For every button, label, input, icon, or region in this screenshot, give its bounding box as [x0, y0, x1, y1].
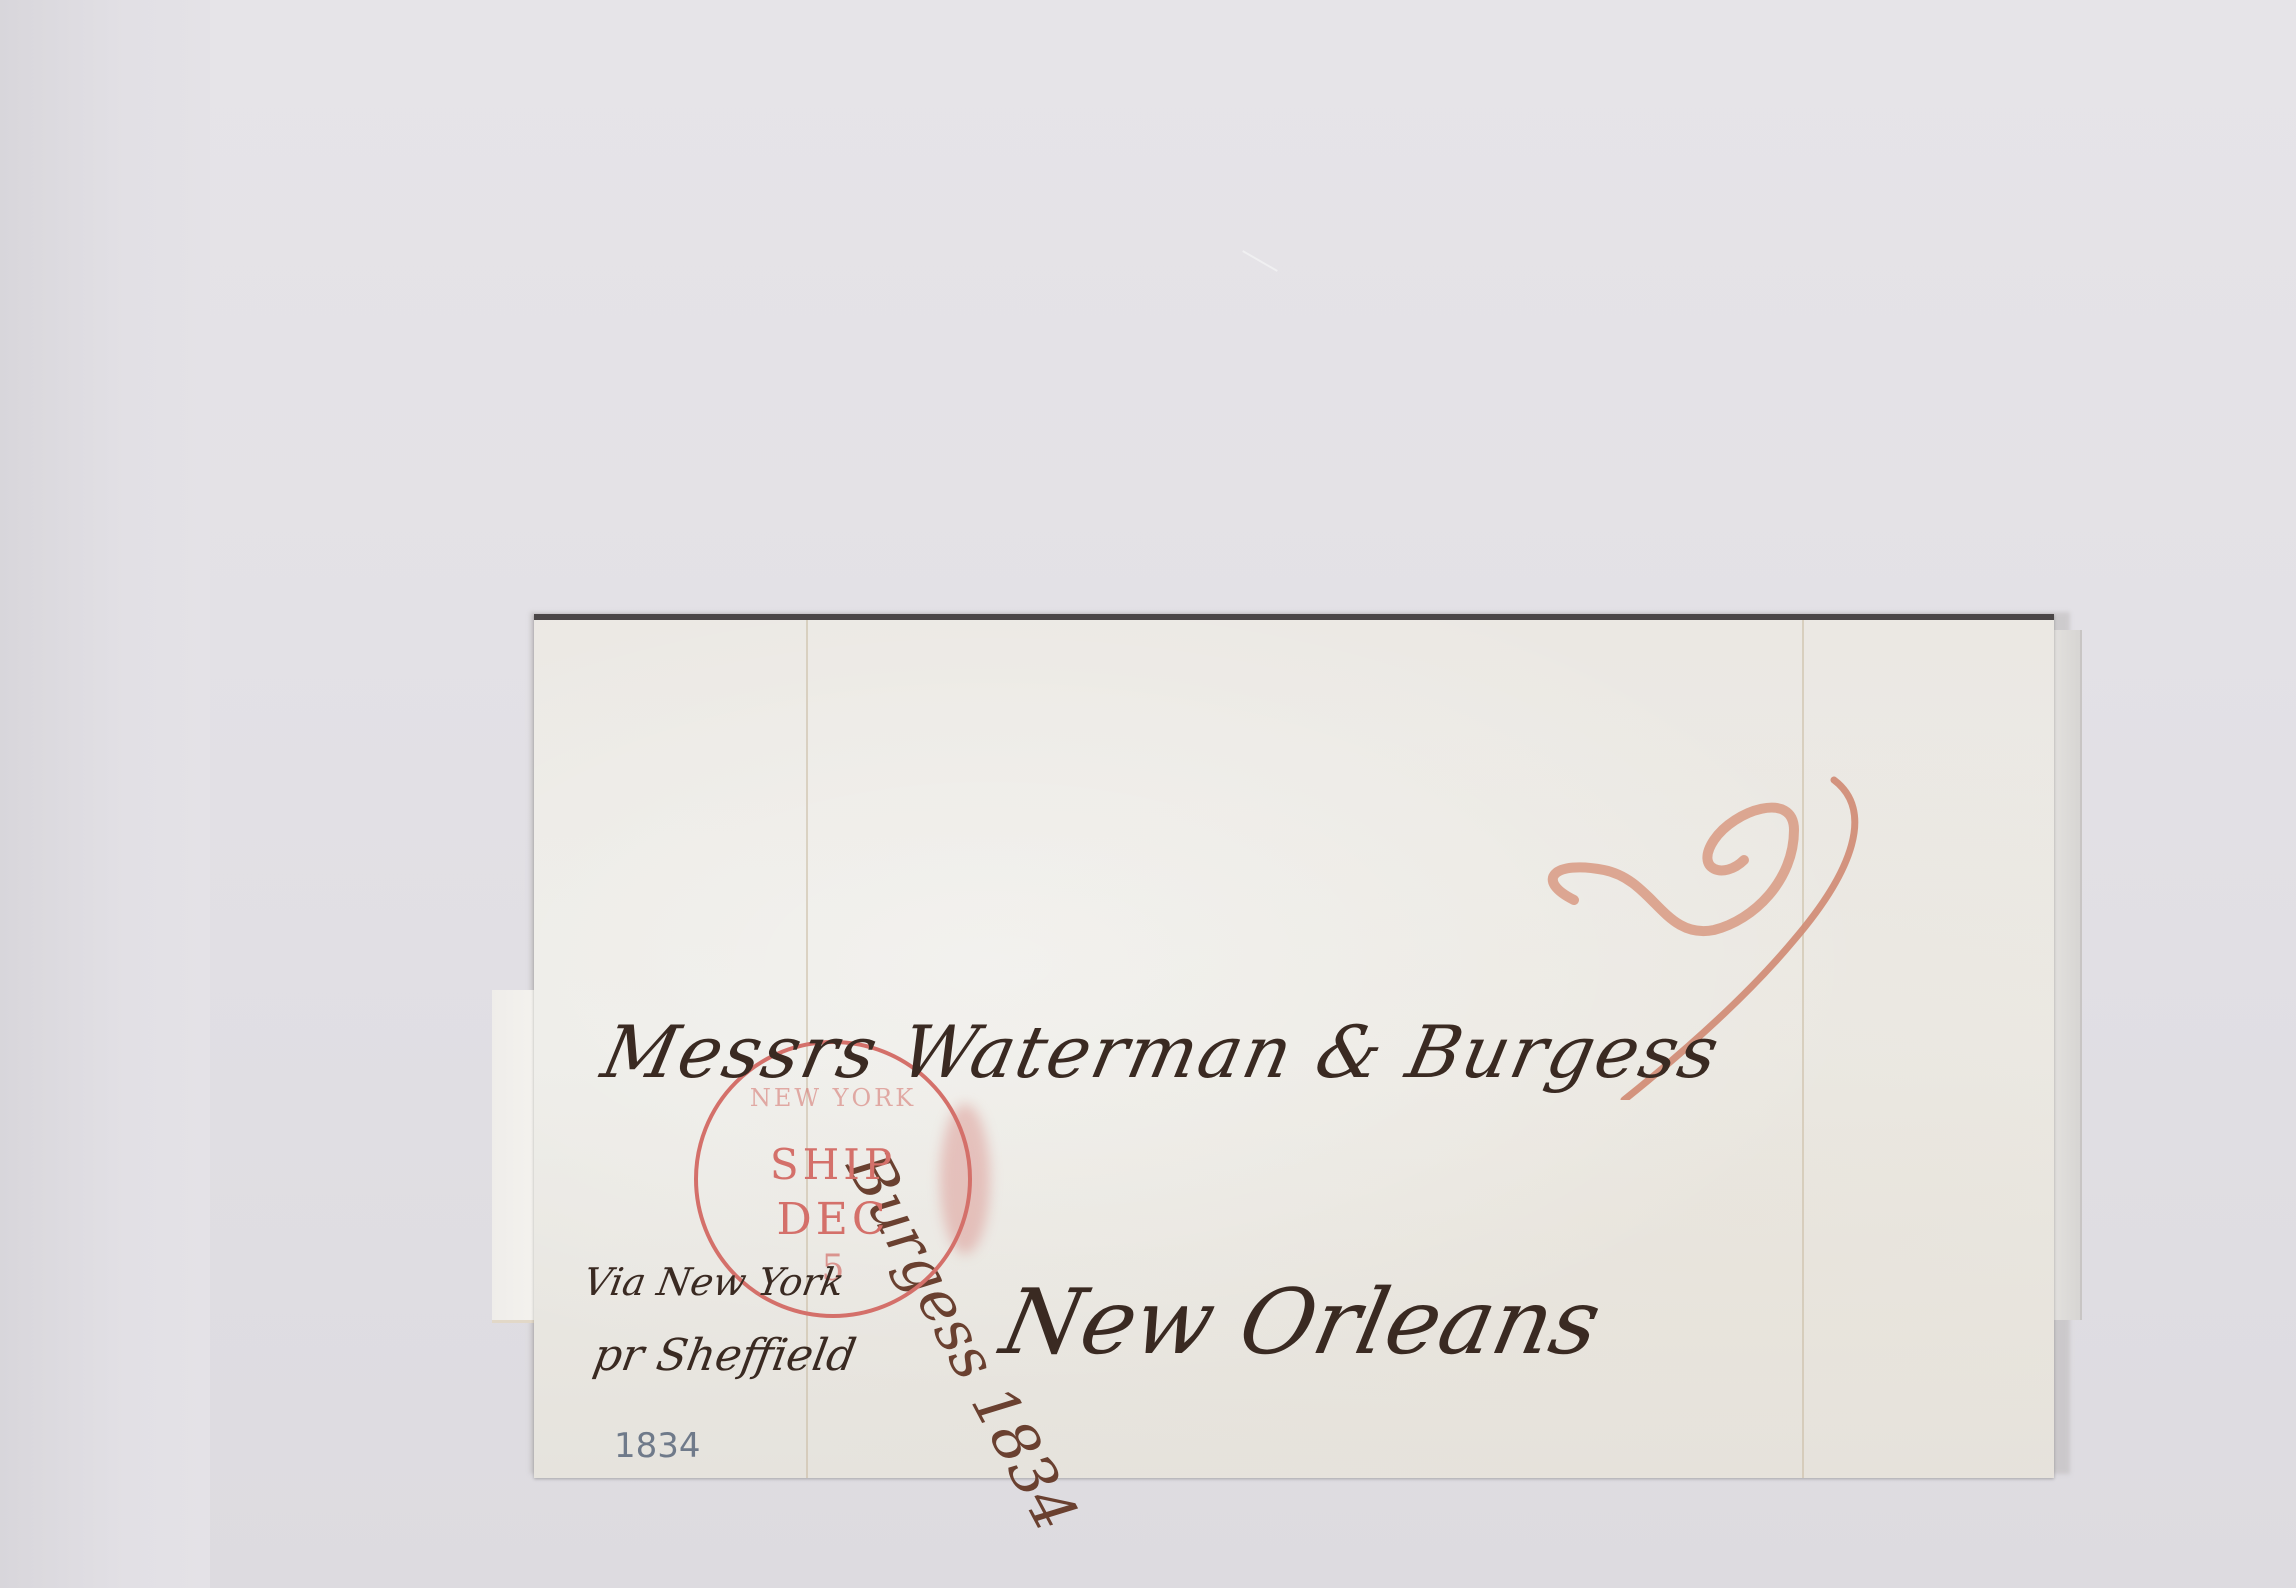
destination-city: New Orleans	[993, 1270, 1610, 1375]
folded-letter: Burgess 1834 NEW YORK SHIP DEC 5 Messrs …	[534, 614, 2054, 1478]
addressee: Messrs Waterman & Burgess	[595, 1010, 1728, 1094]
postmark-ship-text: SHIP	[698, 1140, 968, 1189]
pencil-year-note: 1834	[614, 1426, 701, 1466]
postmark-ink-smudge	[940, 1104, 990, 1254]
letter-back-fold-right	[2050, 630, 2082, 1320]
postmark-month: DEC	[698, 1194, 968, 1245]
letter-back-fold-left	[492, 990, 536, 1323]
mount-sleeve-edge	[0, 0, 210, 1588]
routing-instruction-ship: pr Sheffield	[590, 1330, 860, 1381]
routing-instruction-via: Via New York	[580, 1260, 848, 1304]
mount-scratch	[1242, 250, 1278, 272]
